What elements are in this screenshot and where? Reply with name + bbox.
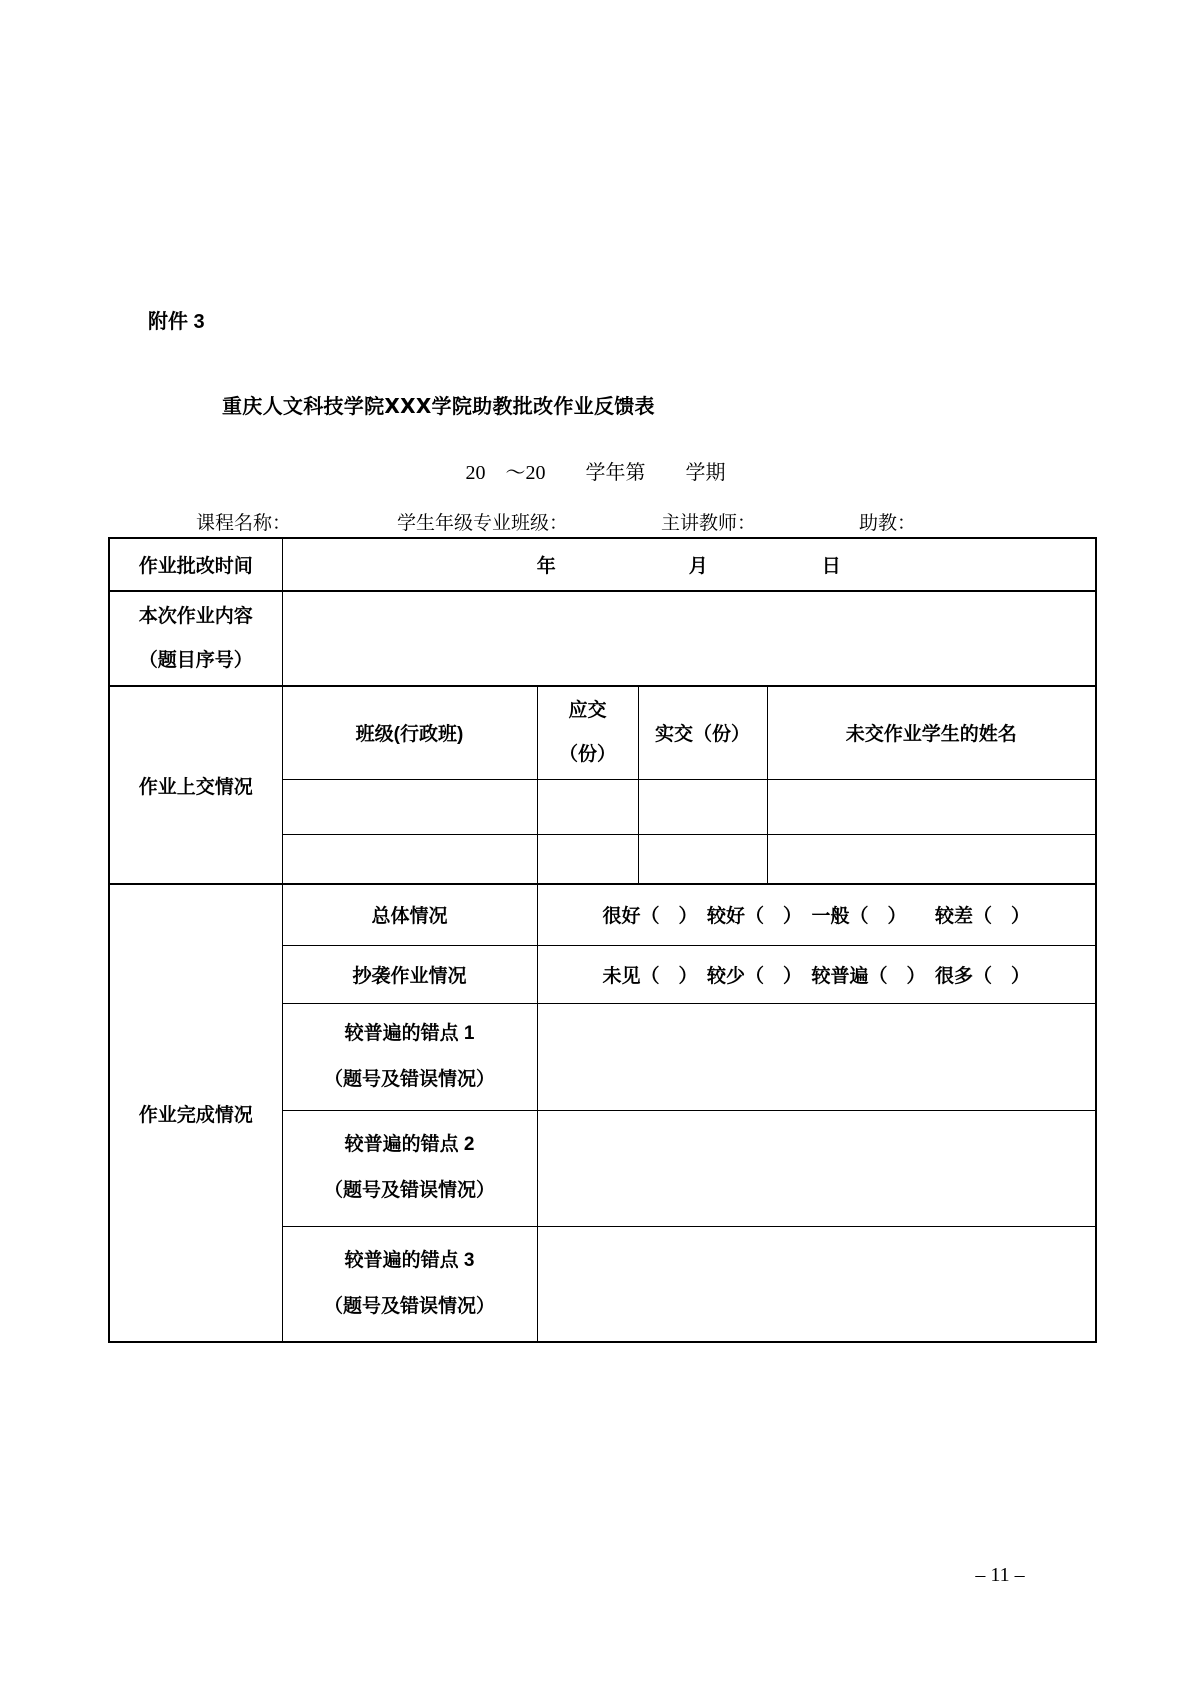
overall-status-options[interactable]: 很好（ ） 较好（ ） 一般（ ） 较差（ ） [537,884,1096,945]
student-class-label: 学生年级专业班级： [397,508,568,535]
submission-row2-class-cell[interactable] [282,834,537,884]
submission-header-missing: 未交作业学生的姓名 [767,686,1096,779]
error1-label-line1: 较普遍的错点 1 [283,1011,537,1057]
error3-value-cell[interactable] [537,1226,1096,1342]
document-title: 重庆人文科技学院ⅩⅩⅩ学院助教批改作业反馈表 [0,390,1191,419]
error2-value-cell[interactable] [537,1110,1096,1226]
table-row: 作业上交情况 班级(行政班) 应交 （份） 实交（份） 未交作业学生的姓名 [109,686,1096,779]
overall-status-label: 总体情况 [282,884,537,945]
lecturer-label: 主讲教师： [661,508,756,535]
submission-row1-class-cell[interactable] [282,779,537,834]
submission-row2-actual-cell[interactable] [638,834,767,884]
submission-section-label: 作业上交情况 [109,686,282,884]
submission-header-class: 班级(行政班) [282,686,537,779]
homework-content-label-line2: （题目序号） [110,639,282,683]
attachment-label: 附件 3 [148,305,205,334]
error2-label-line1: 较普遍的错点 2 [283,1122,537,1168]
table-row: 作业完成情况 总体情况 很好（ ） 较好（ ） 一般（ ） 较差（ ） [109,884,1096,945]
submission-row1-missing-cell[interactable] [767,779,1096,834]
error2-label-line2: （题号及错误情况） [283,1168,537,1214]
table-row: 作业批改时间 年 月 日 [109,538,1096,591]
submission-header-due-line2: （份） [538,733,638,777]
error3-label-line1: 较普遍的错点 3 [283,1238,537,1284]
homework-content-label: 本次作业内容 （题目序号） [109,591,282,686]
homework-content-value-cell[interactable] [282,591,1096,686]
info-line: 课程名称： 学生年级专业班级： 主讲教师： 助教： [0,508,1191,532]
submission-row1-due-cell[interactable] [537,779,638,834]
assistant-label: 助教： [859,508,916,535]
submission-row2-missing-cell[interactable] [767,834,1096,884]
submission-row2-due-cell[interactable] [537,834,638,884]
correction-time-value-cell[interactable]: 年 月 日 [282,538,1096,591]
feedback-form-table: 作业批改时间 年 月 日 本次作业内容 （题目序号） 作业上交情况 班级(行政班… [108,537,1097,1343]
correction-time-label: 作业批改时间 [109,538,282,591]
error1-value-cell[interactable] [537,1003,1096,1110]
error1-label: 较普遍的错点 1 （题号及错误情况） [282,1003,537,1110]
plagiarism-options[interactable]: 未见（ ） 较少（ ） 较普遍（ ） 很多（ ） [537,945,1096,1003]
table-row: 本次作业内容 （题目序号） [109,591,1096,686]
submission-header-due: 应交 （份） [537,686,638,779]
course-name-label: 课程名称： [196,508,291,535]
semester-line: 20 ～20 学年第 学期 [0,456,1191,485]
submission-header-due-line1: 应交 [538,689,638,733]
submission-row1-actual-cell[interactable] [638,779,767,834]
homework-content-label-line1: 本次作业内容 [110,595,282,639]
error3-label-line2: （题号及错误情况） [283,1284,537,1330]
completion-section-label: 作业完成情况 [109,884,282,1342]
error3-label: 较普遍的错点 3 （题号及错误情况） [282,1226,537,1342]
page-number: – 11 – [900,1564,1100,1587]
error1-label-line2: （题号及错误情况） [283,1057,537,1103]
plagiarism-label: 抄袭作业情况 [282,945,537,1003]
submission-header-actual: 实交（份） [638,686,767,779]
error2-label: 较普遍的错点 2 （题号及错误情况） [282,1110,537,1226]
document-title-text: 重庆人文科技学院ⅩⅩⅩ学院助教批改作业反馈表 [222,396,655,418]
